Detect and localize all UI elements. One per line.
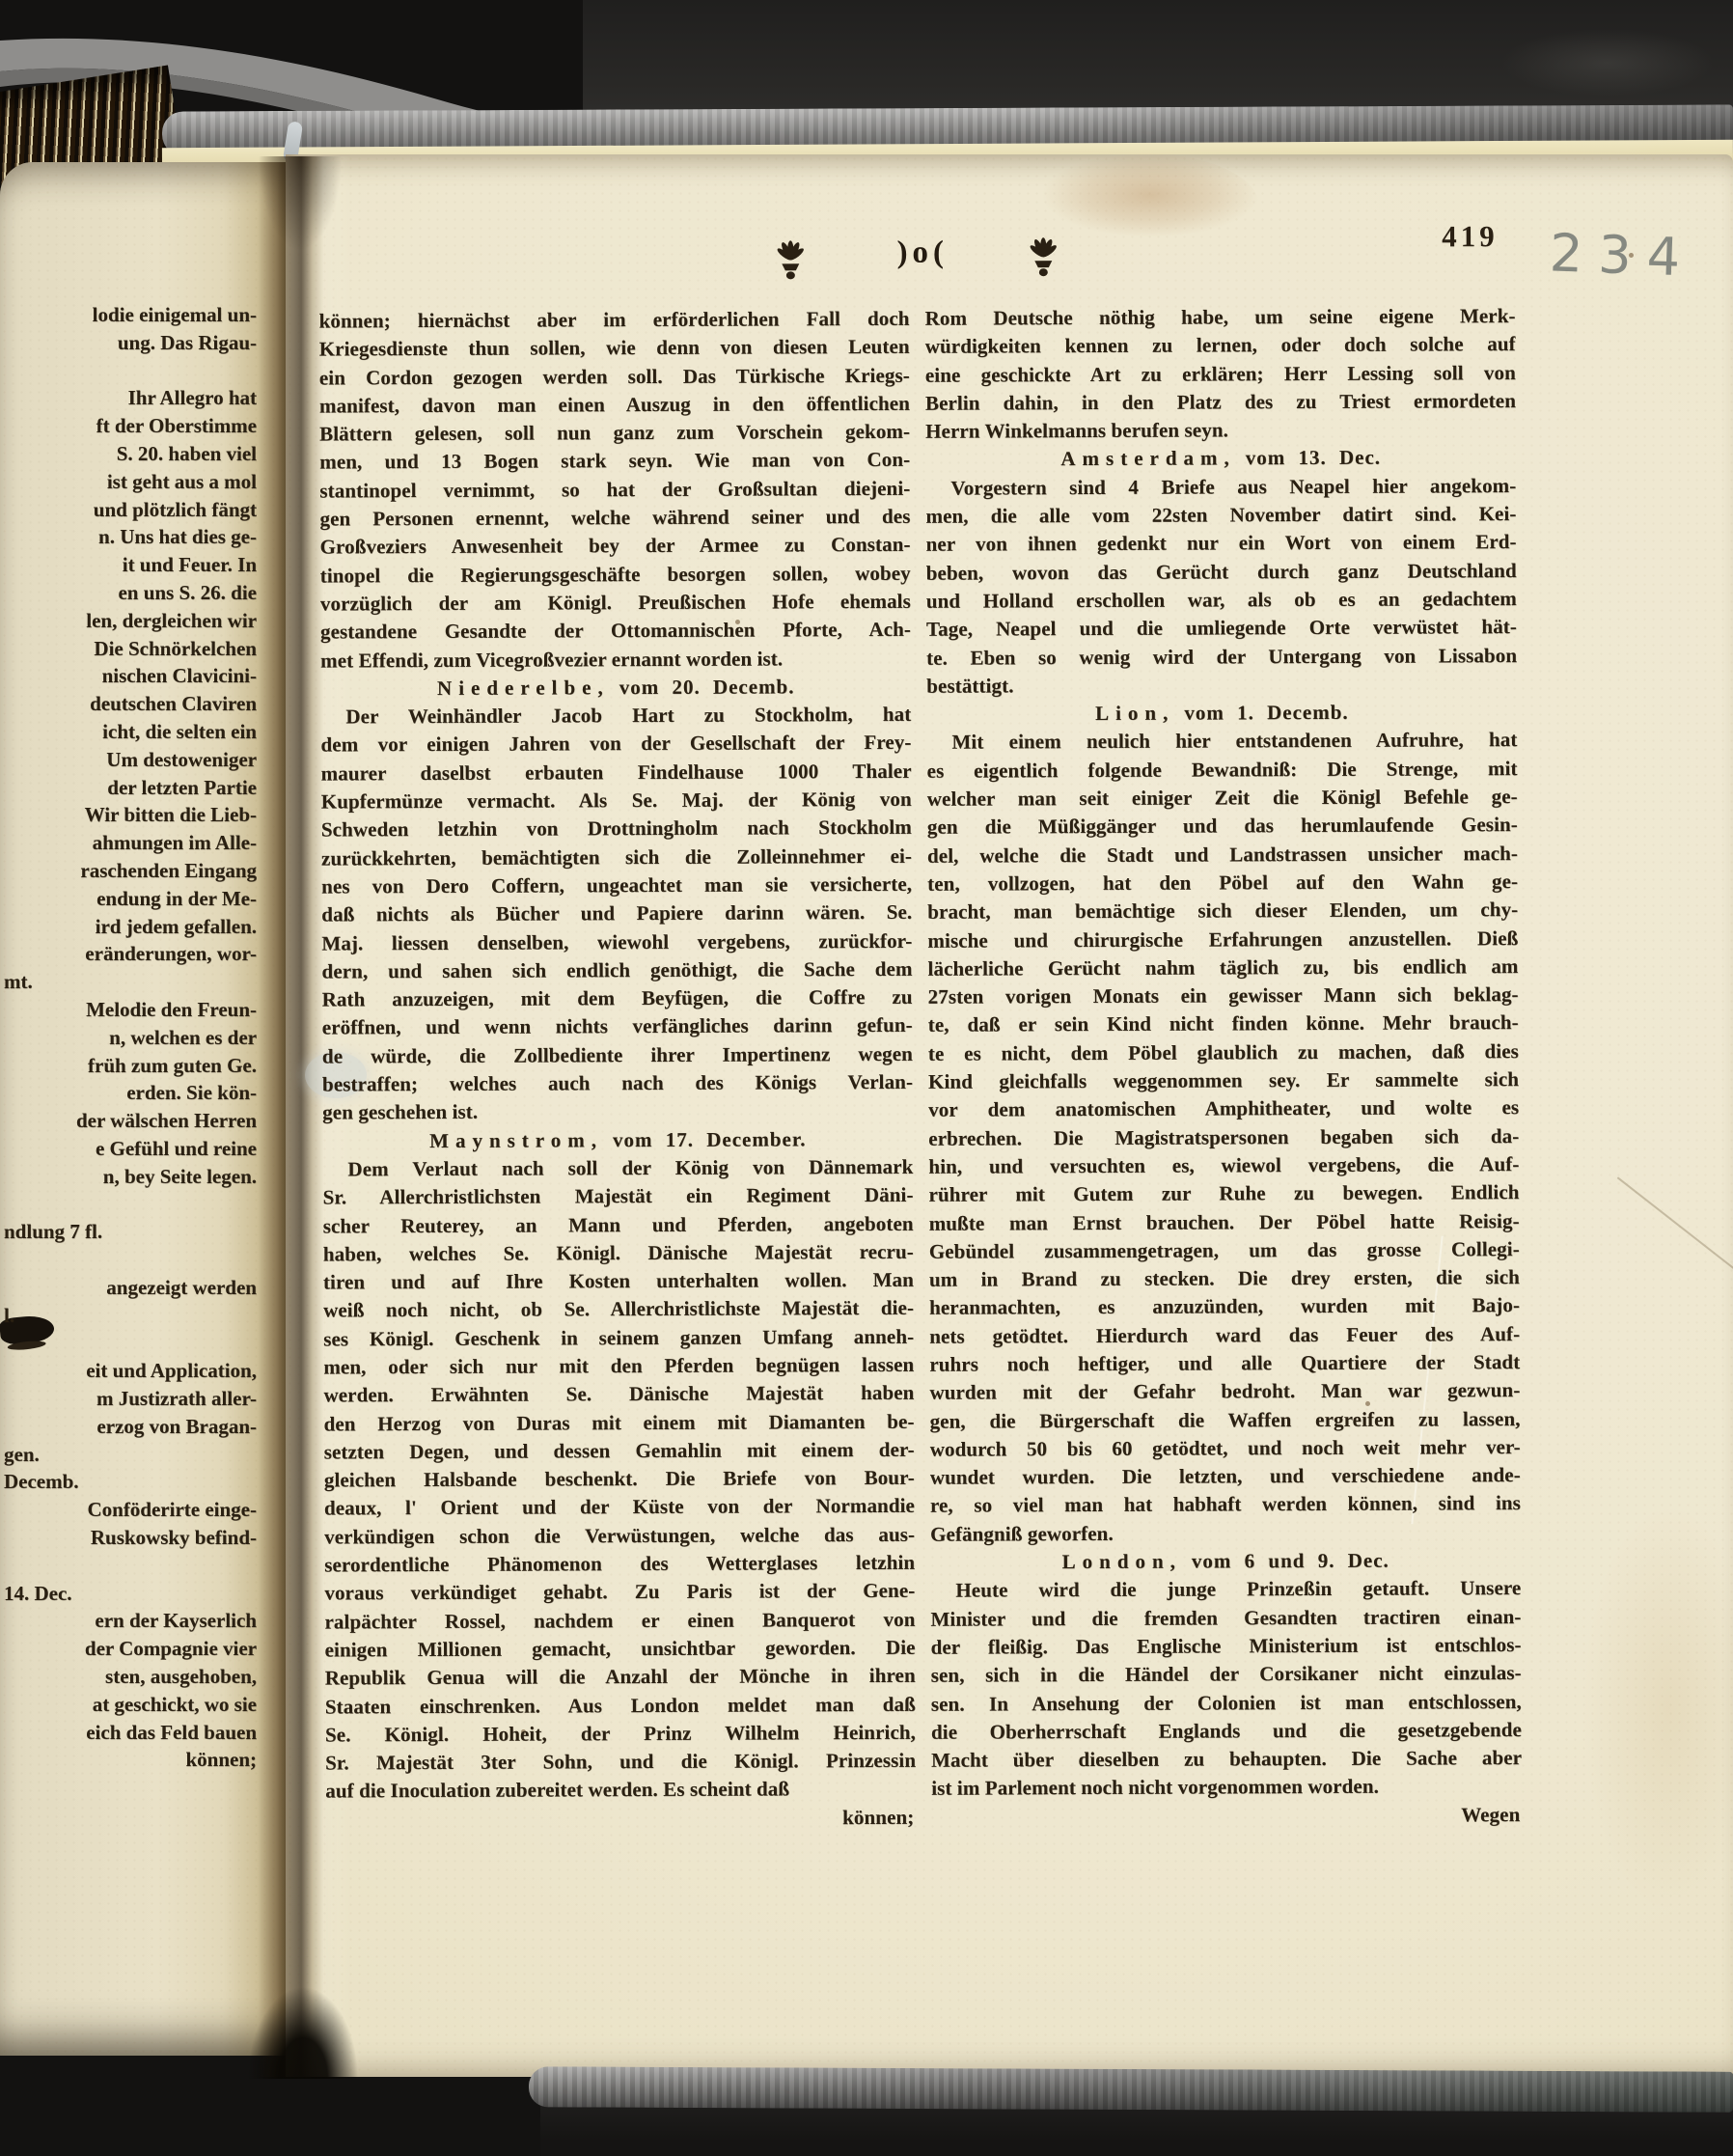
text-line: Vorgestern sind 4 Briefe aus Neapel hier… (925, 472, 1516, 503)
section-heading-date: vom 1. Decemb. (1184, 701, 1348, 725)
text-line: ist im Parlement noch nicht vorgenommen … (931, 1772, 1522, 1803)
center-ornament: )o( (869, 236, 976, 268)
text-line: men, und 13 Bogen stark seyn. Wie man vo… (319, 446, 910, 477)
text-line: Minister und die fremden Gesandten tract… (930, 1603, 1521, 1634)
text-line: würdigkeiten kennen zu lernen, oder doch… (925, 330, 1516, 361)
text-line: stantinopel vernimmt, so hat der Großsul… (319, 475, 910, 506)
text-line: gen, die Bürgerschaft die Waffen ergreif… (929, 1405, 1520, 1436)
text-line: ten, vollzogen, hat den Pöbel auf den Wa… (927, 868, 1518, 898)
printed-content: )o( 419 können; hiernächst aber im erför… (0, 0, 1733, 2156)
text-line: Dem Verlaut nach soll der König von Dänn… (322, 1153, 913, 1184)
text-line: Tage, Neapel und die umliegende Orte ver… (926, 613, 1517, 644)
catchword: Wegen (931, 1801, 1522, 1832)
text-line: hin, und versuchten es, wiewol vergebens… (928, 1150, 1519, 1181)
text-line: Berlin dahin, in den Platz des zu Triest… (925, 387, 1516, 418)
text-line: voraus verkündiget gehabt. Zu Paris ist … (324, 1577, 915, 1608)
text-line: Kind gleichfalls weggenommen sey. Er sam… (928, 1065, 1519, 1096)
text-line: gen geschehen ist. (322, 1096, 913, 1127)
section-heading-place: Niederelbe, (437, 676, 610, 700)
text-line: Gebündel zusammengetragen, um das grosse… (929, 1235, 1520, 1266)
text-line: haben, welches Se. Königl. Dänische Maje… (323, 1238, 914, 1269)
text-line: Kupfermünze vermacht. Als Se. Maj. der K… (321, 786, 912, 816)
text-line: bestättigt. (926, 670, 1517, 701)
stamp-number: 234 (1549, 227, 1696, 284)
text-line: es eigentlich folgende Bewandniß: Die St… (927, 755, 1518, 786)
text-line: men, oder sich nur mit den Pferden begnü… (323, 1351, 914, 1382)
text-line: dem vor einigen Jahren von der Gesellsch… (320, 729, 911, 760)
text-line: werden. Erwähnten Se. Dänische Majestät … (323, 1379, 914, 1410)
section-heading-date: vom 20. Decemb. (619, 675, 795, 699)
text-line: Republik Genua will die Anzahl der Mönch… (325, 1662, 916, 1693)
text-line: gen die Müßiggänger und das herumlaufend… (927, 811, 1518, 842)
text-line: Maj. liessen denselben, wiewohl vergeben… (321, 926, 912, 957)
text-line: nes von Dero Coffern, ungeachtet man sie… (321, 871, 912, 901)
text-line: zurückkehrten, bemächtigten sich die Zol… (321, 842, 912, 872)
text-line: ses Königl. Geschenk in seinem ganzen Um… (323, 1322, 914, 1353)
text-line: einigen Millionen gemacht, unsichtbar ge… (325, 1634, 916, 1665)
text-line: heranmachten, es anzuzünden, wurden mit … (929, 1291, 1520, 1322)
text-line: Herrn Winkelmanns berufen seyn. (925, 415, 1516, 446)
text-line: deaux, l' Orient und der Küste von der N… (324, 1492, 915, 1523)
text-line: bestraffen; welches auch nach des Königs… (322, 1068, 913, 1099)
text-line: tiren und auf Ihre Kosten unterhalten wo… (323, 1266, 914, 1297)
text-line: gestandene Gesandte der Ottomannischen P… (320, 616, 911, 647)
section-heading-date: vom 17. December. (613, 1127, 807, 1151)
text-line: Heute wird die junge Prinzeßin getauft. … (930, 1574, 1521, 1605)
text-line: können; hiernächst aber im erförderliche… (319, 305, 910, 336)
text-line: ruhrs noch heftiger, und alle Quartiere … (929, 1348, 1520, 1379)
text-line: ralpächter Rossel, nachdem er einen Banq… (324, 1605, 915, 1636)
text-line: del, welche die Stadt und Landstrassen u… (927, 840, 1518, 871)
text-line: wundet wurden. Die letzten, und verschie… (930, 1461, 1521, 1492)
text-line: erbrechen. Die Magistratspersonen begabe… (928, 1122, 1519, 1153)
text-line: men, die alle vom 22sten November datirt… (925, 500, 1516, 531)
text-line: der fleißig. Das Englische Ministerium i… (931, 1631, 1522, 1662)
text-line: gen Personen ernennt, welche während sei… (319, 503, 910, 534)
text-line: Se. Königl. Hoheit, der Prinz Wilhelm He… (325, 1719, 916, 1750)
text-line: vor dem anatomischen Amphitheater, und w… (928, 1093, 1519, 1124)
section-heading-place: Lion, (1095, 702, 1174, 725)
text-line: te, daß er sein Kind nicht finden könne.… (928, 1009, 1519, 1039)
text-column-1: können; hiernächst aber im erförderliche… (319, 305, 917, 1835)
text-line: und Holland erschollen war, als ob es an… (926, 585, 1517, 616)
text-line: Mit einem neulich hier entstandenen Aufr… (926, 727, 1517, 758)
text-line: lächerliche Gerücht nahm täglich zu, bis… (927, 953, 1518, 983)
section-heading-place: London, (1062, 1550, 1182, 1574)
text-line: te es nicht, dem Pöbel glaublich zu mach… (928, 1037, 1519, 1068)
text-line: Sr. Majestät 3ter Sohn, und die Königl. … (325, 1747, 916, 1778)
fleuron-icon (1021, 235, 1065, 279)
text-line: vorzüglich der am Königl. Preußischen Ho… (320, 588, 911, 619)
book-scan-photo: lodie einigemal un-ung. Das Rigau- Ihr A… (0, 0, 1733, 2156)
text-line: de würde, die Zollbediente ihrer Imperti… (322, 1040, 913, 1071)
text-line: wurden mit der Gefahr bedroht. Man war g… (929, 1376, 1520, 1407)
text-line: Schweden letzhin von Drottningholm nach … (321, 814, 912, 844)
text-line: Macht über dieselben zu behaupten. Die S… (931, 1744, 1522, 1775)
text-line: setzten Degen, und dessen Gemahlin mit e… (324, 1436, 915, 1467)
text-line: sen, sich in die Händel der Corsikaner n… (931, 1659, 1522, 1690)
text-line: beben, wovon das Gerücht durch ganz Deut… (926, 557, 1517, 588)
fleuron-icon (768, 237, 812, 282)
text-line: weiß noch nicht, ob Se. Allerchristlichs… (323, 1294, 914, 1325)
text-line: te. Eben so wenig wird der Untergang von… (926, 642, 1517, 673)
section-heading: London,vom 6 und 9. Dec. (930, 1546, 1521, 1577)
text-column-2: Rom Deutsche nöthig habe, um seine eigen… (925, 302, 1523, 1832)
text-line: wodurch 50 bis 60 getödtet, und noch wei… (930, 1433, 1521, 1464)
section-heading-place: Maynstrom, (429, 1128, 603, 1152)
text-line: bracht, man bemächtige sich dieser Elend… (927, 896, 1518, 926)
text-line: manifest, davon man einen Auszug in den … (319, 390, 910, 421)
catchword: können; (325, 1804, 916, 1835)
text-line: tinopel die Regierungsgeschäfte besorgen… (320, 559, 911, 590)
section-heading: Niederelbe,vom 20. Decemb. (320, 673, 911, 704)
text-line: dern, und sahen sich endlich genöthigt, … (321, 955, 912, 986)
text-line: ner von ihnen gedenkt nur ein Wort von e… (926, 528, 1517, 559)
text-line: mische und chirurgische Erfahrungen anzu… (927, 925, 1518, 955)
text-line: den Herzog von Duras mit einem mit Diama… (323, 1407, 914, 1438)
section-heading-place: Amsterdam, (1060, 447, 1235, 471)
text-line: Großveziers Anwesenheit bey der Armee zu… (320, 531, 911, 562)
text-line: daß nichts als Bücher und Papiere darinn… (321, 898, 912, 929)
text-line: Gefängniß geworfen. (930, 1518, 1521, 1549)
text-line: nets getödtet. Hierdurch ward das Feuer … (929, 1320, 1520, 1351)
text-line: Blättern gelesen, soll nun ganz zum Vors… (319, 418, 910, 449)
text-line: re, so viel man hat habhaft werden könne… (930, 1490, 1521, 1521)
text-line: met Effendi, zum Vicegroßvezier ernannt … (320, 644, 911, 675)
section-heading-date: vom 13. Dec. (1246, 446, 1381, 470)
text-line: maurer daselbst erbauten Findelhause 100… (321, 758, 912, 788)
text-line: gleichen Halsbande beschenkt. Die Briefe… (324, 1464, 915, 1495)
text-line: Rom Deutsche nöthig habe, um seine eigen… (925, 302, 1516, 333)
section-heading: Maynstrom,vom 17. December. (322, 1124, 913, 1155)
text-line: eröffnen, und wenn nichts verfängliches … (322, 1011, 913, 1042)
text-line: Der Weinhändler Jacob Hart zu Stockholm,… (320, 701, 911, 732)
text-line: Kriegesdienste thun sollen, wie denn von… (319, 333, 910, 364)
text-line: Staaten einschrenken. Aus London meldet … (325, 1690, 916, 1721)
text-line: Sr. Allerchristlichsten Majestät ein Reg… (322, 1181, 913, 1212)
text-line: scher Reuterey, an Mann und Pferden, ang… (323, 1209, 914, 1240)
text-line: ein Cordon gezogen werden soll. Das Türk… (319, 361, 910, 392)
text-line: 27sten vorigen Monats ein gewisser Mann … (928, 981, 1519, 1011)
section-heading-date: vom 6 und 9. Dec. (1192, 1549, 1389, 1573)
text-line: serordentliche Phänomenon des Wetterglas… (324, 1549, 915, 1580)
text-line: um in Brand zu stecken. Die drey ersten,… (929, 1263, 1520, 1294)
text-line: rührer mit Gutem zur Ruhe zu bewegen. En… (928, 1178, 1519, 1209)
text-line: eine geschickte Art zu erklären; Herr Le… (925, 359, 1516, 390)
section-heading: Amsterdam,vom 13. Dec. (925, 444, 1516, 475)
text-line: verkündigen schon die Verwüstungen, welc… (324, 1521, 915, 1552)
text-line: auf die Inoculation zubereitet werden. E… (325, 1775, 916, 1806)
text-line: welcher man seit einiger Zeit die Königl… (927, 783, 1518, 814)
page-number: 419 (1442, 221, 1499, 251)
text-line: die Oberherrschaft Englands und die gese… (931, 1716, 1522, 1747)
text-line: mußte man Ernst brauchen. Der Pöbel hatt… (929, 1207, 1520, 1238)
section-heading: Lion,vom 1. Decemb. (926, 698, 1517, 729)
text-line: sen. In Ansehung der Colonien ist man en… (931, 1688, 1522, 1719)
text-line: Rath anzuzeigen, mit dem Beyfügen, die C… (322, 983, 913, 1014)
